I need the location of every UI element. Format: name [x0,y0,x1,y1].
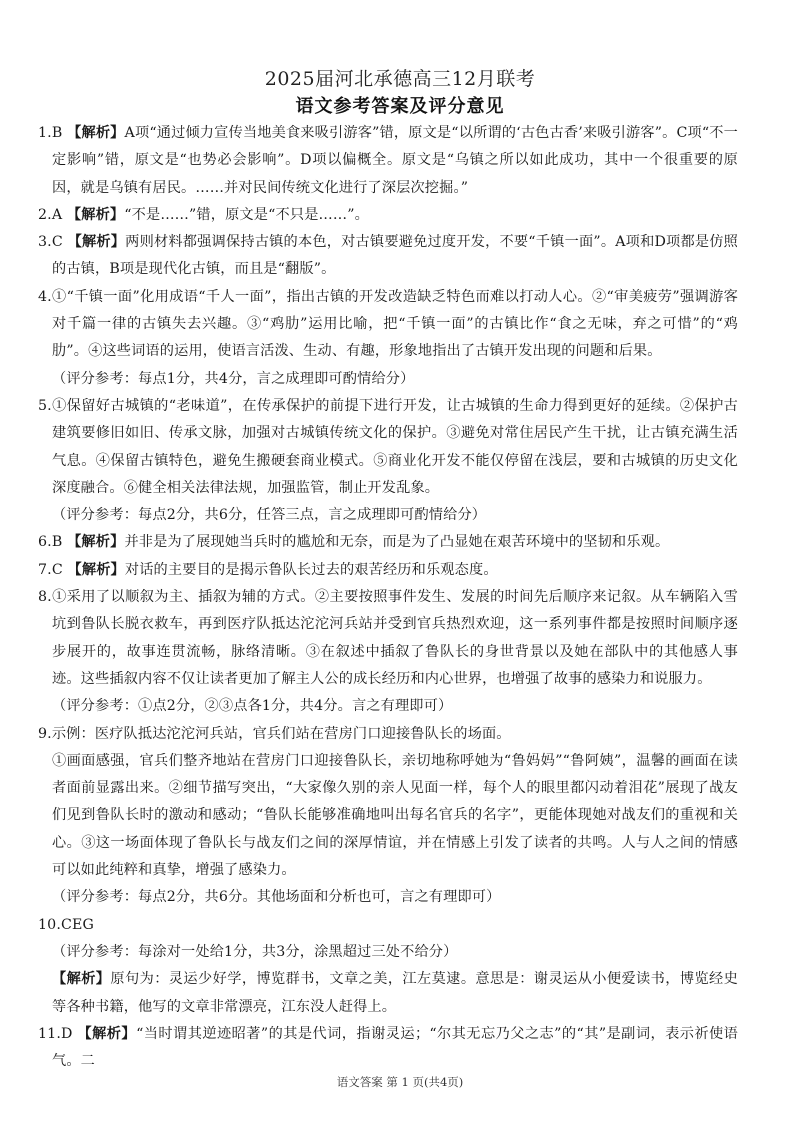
answer-content: 1.B 【解析】A项“通过倾力宣传当地美食来吸引游客”错，原文是“以所谓的‘古色… [38,120,738,1075]
answer-text: 并非是为了展现她当兵时的尴尬和无奈，而是为了凸显她在艰苦环境中的坚韧和乐观。 [124,534,669,550]
answer-text: CEG [61,917,94,933]
question-number: 4. [38,289,52,305]
analysis-tag: 【解析】 [67,125,124,141]
answer-item-10: 10.CEG [38,912,738,939]
question-number: 8. [38,589,52,605]
analysis-tag: 【解析】 [67,207,124,223]
answer-text: ①保留好古城镇的“老味道”，在传承保护的前提下进行开发，让古城镇的生命力得到更好… [52,398,738,496]
answer-text: ①“千镇一面”化用成语“千人一面”，指出古镇的开发改造缺乏特色而难以打动人心。②… [52,289,738,360]
answer-item-7: 7.C 【解析】对话的主要目的是揭示鲁队长过去的艰苦经历和乐观态度。 [38,557,738,584]
answer-detail-9: ①画面感强，官兵们整齐地站在营房门口迎接鲁队长，亲切地称呼她为“鲁妈妈”“鲁阿姨… [38,748,738,884]
answer-text: “当时谓其逆迹昭著”的其是代词，指谢灵运；“尔其无忘乃父之志”的“其”是副词，表… [52,1026,738,1069]
analysis-tag: 【解析】 [68,562,125,578]
answer-text: 示例：医疗队抵达沱沱河兵站，官兵们站在营房门口迎接鲁队长的场面。 [52,726,511,742]
analysis-tag: 【解析】 [67,534,124,550]
scoring-note-9: （评分参考：每点2分，共6分。其他场面和分析也可，言之有理即可） [38,884,738,911]
exam-title: 2025届河北承德高三12月联考 [0,64,800,91]
answer-item-4: 4.①“千镇一面”化用成语“千人一面”，指出古镇的开发改造缺乏特色而难以打动人心… [38,284,738,366]
question-number: 1.B [38,125,62,141]
question-number: 11.D [38,1026,73,1042]
answer-text: 两则材料都强调保持古镇的本色，对古镇要避免过度开发，不要“千镇一面”。A项和D项… [52,234,738,277]
analysis-10: 【解析】原句为：灵运少好学，博览群书，文章之美，江左莫逮。意思是：谢灵运从小便爱… [38,966,738,1021]
analysis-text: 原句为：灵运少好学，博览群书，文章之美，江左莫逮。意思是：谢灵运从小便爱读书，博… [52,971,738,1014]
page-footer: 语文答案 第 1 页(共4页) [0,1074,800,1090]
answer-item-11: 11.D 【解析】“当时谓其逆迹昭著”的其是代词，指谢灵运；“尔其无忘乃父之志”… [38,1021,738,1076]
answer-item-9: 9.示例：医疗队抵达沱沱河兵站，官兵们站在营房门口迎接鲁队长的场面。 [38,721,738,748]
answer-text: “不是……”错，原文是“不只是……”。 [124,207,369,223]
answer-text: A项“通过倾力宣传当地美食来吸引游客”错，原文是“以所谓的‘古色古香’来吸引游客… [52,125,738,196]
answer-item-6: 6.B 【解析】并非是为了展现她当兵时的尴尬和无奈，而是为了凸显她在艰苦环境中的… [38,529,738,556]
scoring-note-5: （评分参考：每点2分，共6分，任答三点，言之成理即可酌情给分） [38,502,738,529]
question-number: 9. [38,726,52,742]
answer-text: 对话的主要目的是揭示鲁队长过去的艰苦经历和乐观态度。 [125,562,498,578]
document-page: 2025届河北承德高三12月联考 语文参考答案及评分意见 1.B 【解析】A项“… [0,0,800,1123]
answer-item-2: 2.A 【解析】“不是……”错，原文是“不只是……”。 [38,202,738,229]
question-number: 7.C [38,562,63,578]
analysis-tag: 【解析】 [68,234,126,250]
answer-key-subtitle: 语文参考答案及评分意见 [0,92,800,118]
question-number: 6.B [38,534,62,550]
answer-item-5: 5.①保留好古城镇的“老味道”，在传承保护的前提下进行开发，让古城镇的生命力得到… [38,393,738,502]
question-number: 10. [38,917,61,933]
question-number: 2.A [38,207,62,223]
scoring-note-4: （评分参考：每点1分，共4分，言之成理即可酌情给分） [38,366,738,393]
question-number: 5. [38,398,52,414]
answer-item-3: 3.C 【解析】两则材料都强调保持古镇的本色，对古镇要避免过度开发，不要“千镇一… [38,229,738,284]
analysis-tag: 【解析】 [52,971,110,987]
answer-text: ①采用了以顺叙为主、插叙为辅的方式。②主要按照事件发生、发展的时间先后顺序来记叙… [52,589,738,687]
question-number: 3.C [38,234,63,250]
answer-item-8: 8.①采用了以顺叙为主、插叙为辅的方式。②主要按照事件发生、发展的时间先后顺序来… [38,584,738,693]
scoring-note-8: （评分参考：①点2分，②③点各1分，共4分。言之有理即可） [38,693,738,720]
answer-item-1: 1.B 【解析】A项“通过倾力宣传当地美食来吸引游客”错，原文是“以所谓的‘古色… [38,120,738,202]
scoring-note-10: （评分参考：每涂对一处给1分，共3分，涂黑超过三处不给分） [38,939,738,966]
analysis-tag: 【解析】 [78,1026,137,1042]
